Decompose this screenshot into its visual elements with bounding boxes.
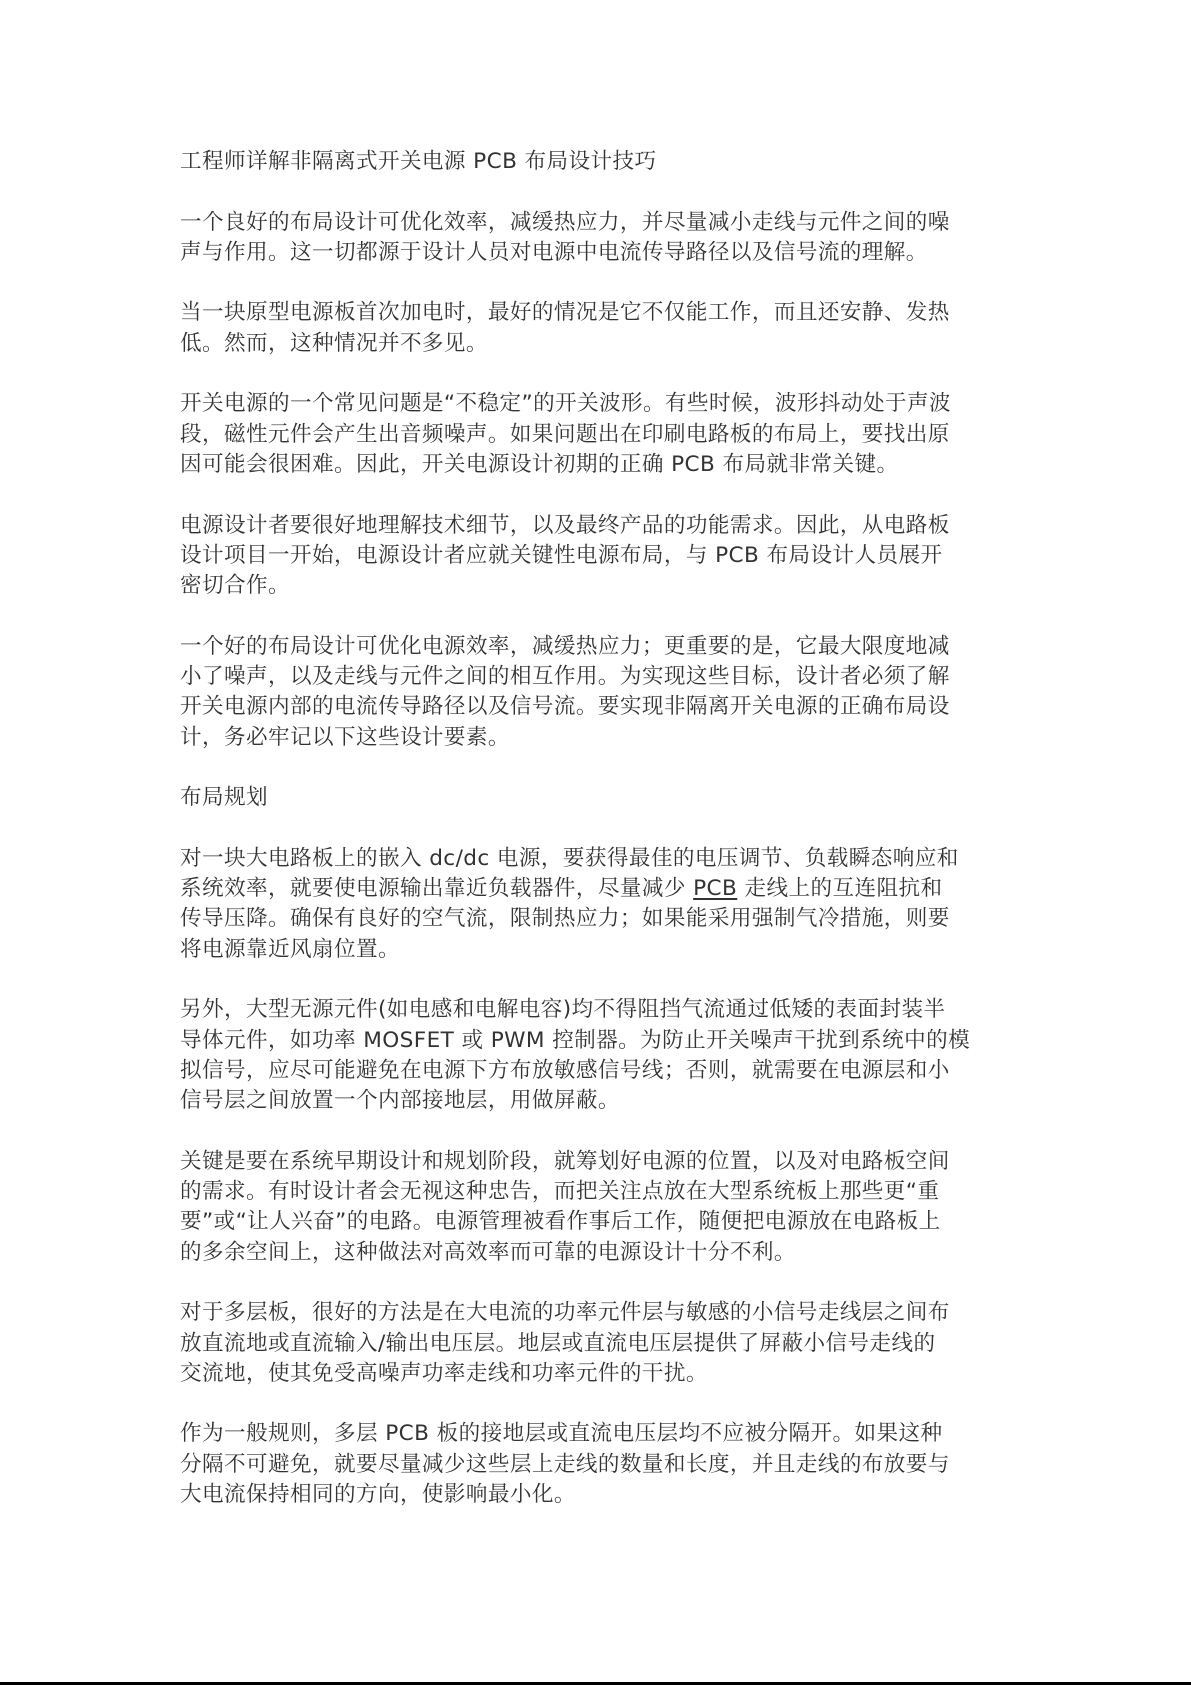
text-line: 交流地，使其免受高噪声功率走线和功率元件的干扰。	[180, 1359, 1012, 1389]
paragraph-unstable-waveform: 开关电源的一个常见问题是“不稳定”的开关波形。有些时候，波形抖动处于声波 段，磁…	[180, 389, 1012, 480]
text-line: 密切合作。	[180, 571, 1012, 601]
text-line: 设计项目一开始，电源设计者应就关键性电源布局，与 PCB 布局设计人员展开	[180, 541, 1012, 571]
text-line: 信号层之间放置一个内部接地层，用做屏蔽。	[180, 1086, 1012, 1116]
text-line: 当一块原型电源板首次加电时，最好的情况是它不仅能工作，而且还安静、发热	[180, 298, 1012, 328]
text-segment: 系统效率，就要使电源输出靠近负载器件，尽量减少	[180, 876, 693, 901]
text-line: 将电源靠近风扇位置。	[180, 935, 1012, 965]
text-line: 放直流地或直流输入/输出电压层。地层或直流电压层提供了屏蔽小信号走线的	[180, 1329, 1012, 1359]
text-segment: 走线上的互连阻抗和	[737, 876, 942, 901]
text-line: 因可能会很困难。因此，开关电源设计初期的正确 PCB 布局就非常关键。	[180, 450, 1012, 480]
text-line: 拟信号，应尽可能避免在电源下方布放敏感信号线；否则，就需要在电源层和小	[180, 1056, 1012, 1086]
pcb-link[interactable]: PCB	[693, 876, 737, 901]
text-line: 段，磁性元件会产生出音频噪声。如果问题出在印刷电路板的布局上，要找出原	[180, 420, 1012, 450]
text-line: 一个好的布局设计可优化电源效率，减缓热应力；更重要的是，它最大限度地减	[180, 632, 1012, 662]
section-heading-text: 布局规划	[180, 783, 1012, 813]
document-page: 工程师详解非隔离式开关电源 PCB 布局设计技巧 一个良好的布局设计可优化效率，…	[180, 147, 1012, 1541]
text-line: 关键是要在系统早期设计和规划阶段，就筹划好电源的位置，以及对电路板空间	[180, 1147, 1012, 1177]
paragraph-intro: 一个良好的布局设计可优化效率，减缓热应力，并尽量减小走线与元件之间的噪 声与作用…	[180, 208, 1012, 269]
text-line: 电源设计者要很好地理解技术细节，以及最终产品的功能需求。因此，从电路板	[180, 511, 1012, 541]
paragraph-designer-cooperation: 电源设计者要很好地理解技术细节，以及最终产品的功能需求。因此，从电路板 设计项目…	[180, 511, 1012, 602]
paragraph-early-planning: 关键是要在系统早期设计和规划阶段，就筹划好电源的位置，以及对电路板空间 的需求。…	[180, 1147, 1012, 1268]
text-line: 小了噪声，以及走线与元件之间的相互作用。为实现这些目标，设计者必须了解	[180, 662, 1012, 692]
paragraph-prototype: 当一块原型电源板首次加电时，最好的情况是它不仅能工作，而且还安静、发热 低。然而…	[180, 298, 1012, 359]
text-line: 另外，大型无源元件(如电感和电解电容)均不得阻挡气流通过低矮的表面封装半	[180, 995, 1012, 1025]
text-line: 开关电源的一个常见问题是“不稳定”的开关波形。有些时候，波形抖动处于声波	[180, 389, 1012, 419]
text-line: 对一块大电路板上的嵌入 dc/dc 电源，要获得最佳的电压调节、负载瞬态响应和	[180, 844, 1012, 874]
title-text: 工程师详解非隔离式开关电源 PCB 布局设计技巧	[180, 147, 1012, 177]
text-line: 声与作用。这一切都源于设计人员对电源中电流传导路径以及信号流的理解。	[180, 238, 1012, 268]
text-line: 作为一般规则，多层 PCB 板的接地层或直流电压层均不应被分隔开。如果这种	[180, 1419, 1012, 1449]
text-line: 大电流保持相同的方向，使影响最小化。	[180, 1480, 1012, 1510]
paragraph-passive-components: 另外，大型无源元件(如电感和电解电容)均不得阻挡气流通过低矮的表面封装半 导体元…	[180, 995, 1012, 1116]
text-line: 分隔不可避免，就要尽量减少这些层上走线的数量和长度，并且走线的布放要与	[180, 1450, 1012, 1480]
text-line: 导体元件，如功率 MOSFET 或 PWM 控制器。为防止开关噪声干扰到系统中的…	[180, 1026, 1012, 1056]
text-line-with-link: 系统效率，就要使电源输出靠近负载器件，尽量减少 PCB 走线上的互连阻抗和	[180, 874, 1012, 904]
text-line: 低。然而，这种情况并不多见。	[180, 329, 1012, 359]
text-line: 一个良好的布局设计可优化效率，减缓热应力，并尽量减小走线与元件之间的噪	[180, 208, 1012, 238]
paragraph-general-rule: 作为一般规则，多层 PCB 板的接地层或直流电压层均不应被分隔开。如果这种 分隔…	[180, 1419, 1012, 1510]
section-heading-layout-planning: 布局规划	[180, 783, 1012, 813]
paragraph-good-layout: 一个好的布局设计可优化电源效率，减缓热应力；更重要的是，它最大限度地减 小了噪声…	[180, 632, 1012, 753]
text-line: 传导压降。确保有良好的空气流，限制热应力；如果能采用强制气冷措施，则要	[180, 904, 1012, 934]
text-line: 计，务必牢记以下这些设计要素。	[180, 723, 1012, 753]
document-title: 工程师详解非隔离式开关电源 PCB 布局设计技巧	[180, 147, 1012, 177]
text-line: 要”或“让人兴奋”的电路。电源管理被看作事后工作，随便把电源放在电路板上	[180, 1207, 1012, 1237]
text-line: 开关电源内部的电流传导路径以及信号流。要实现非隔离开关电源的正确布局设	[180, 692, 1012, 722]
text-line: 对于多层板，很好的方法是在大电流的功率元件层与敏感的小信号走线层之间布	[180, 1298, 1012, 1328]
text-line: 的多余空间上，这种做法对高效率而可靠的电源设计十分不利。	[180, 1238, 1012, 1268]
paragraph-multilayer: 对于多层板，很好的方法是在大电流的功率元件层与敏感的小信号走线层之间布 放直流地…	[180, 1298, 1012, 1389]
text-line: 的需求。有时设计者会无视这种忠告，而把关注点放在大型系统板上那些更“重	[180, 1177, 1012, 1207]
paragraph-embedded-dcdc: 对一块大电路板上的嵌入 dc/dc 电源，要获得最佳的电压调节、负载瞬态响应和 …	[180, 844, 1012, 965]
